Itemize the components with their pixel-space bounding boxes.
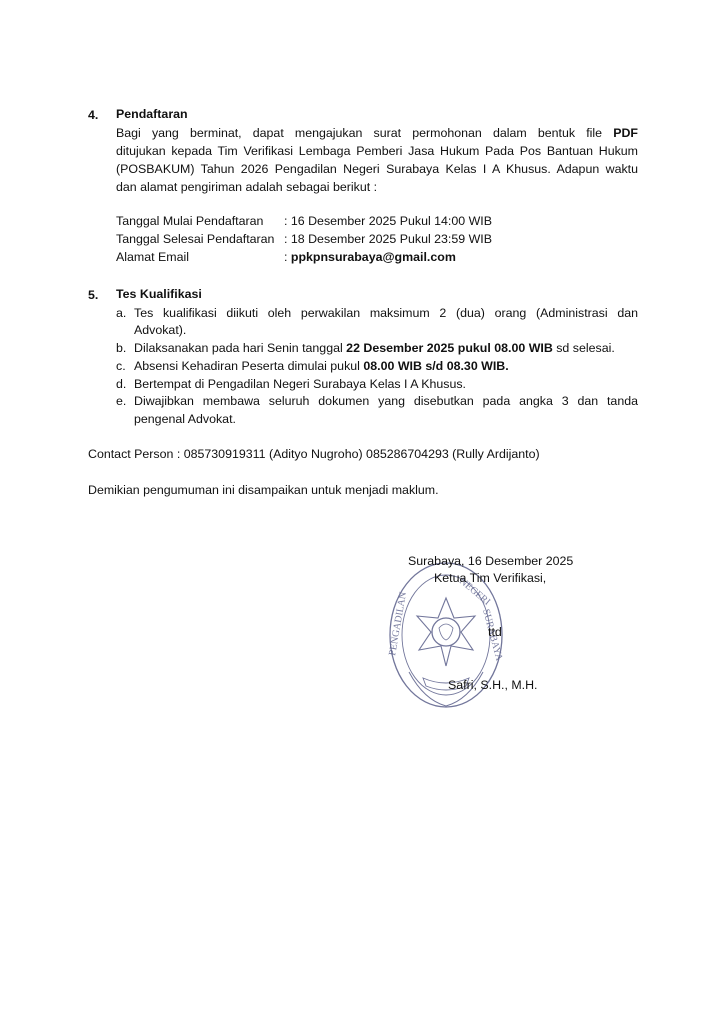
section-5-number: 5. <box>88 288 98 302</box>
item-c-text: Absensi Kehadiran Peserta dimulai pukul … <box>134 358 509 375</box>
item-b-letter: b. <box>116 340 126 357</box>
section-4-para-line-3: (POSBAKUM) Tahun 2026 Pengadilan Negeri … <box>116 161 638 178</box>
item-b-bold: 22 Desember 2025 pukul 08.00 WIB <box>346 341 553 355</box>
item-e-line-1: Diwajibkan membawa seluruh dokumen yang … <box>134 393 638 410</box>
end-date-value: : 18 Desember 2025 Pukul 23:59 WIB <box>284 231 492 248</box>
para-text: Bagi yang berminat, dapat mengajukan sur… <box>116 126 613 140</box>
section-4-para-line-4: dan alamat pengiriman adalah sebagai ber… <box>116 179 377 196</box>
email-value: : ppkpnsurabaya@gmail.com <box>284 249 456 266</box>
section-4-para-line-1: Bagi yang berminat, dapat mengajukan sur… <box>116 125 638 142</box>
signature-name: Safri, S.H., M.H. <box>448 677 538 694</box>
item-b-text: Dilaksanakan pada hari Senin tanggal 22 … <box>134 340 615 357</box>
email-address: ppkpnsurabaya@gmail.com <box>291 250 456 264</box>
section-4-number: 4. <box>88 108 98 122</box>
item-c-pre: Absensi Kehadiran Peserta dimulai pukul <box>134 359 363 373</box>
contact-person: Contact Person : 085730919311 (Adityo Nu… <box>88 446 540 463</box>
item-b-pre: Dilaksanakan pada hari Senin tanggal <box>134 341 346 355</box>
email-label: Alamat Email <box>116 249 189 266</box>
signature-place-date: Surabaya, 16 Desember 2025 <box>408 553 573 570</box>
email-colon: : <box>284 250 291 264</box>
item-c-bold: 08.00 WIB s/d 08.30 WIB. <box>363 359 508 373</box>
item-a-line-1: Tes kualifikasi diikuti oleh perwakilan … <box>134 305 638 322</box>
item-e-letter: e. <box>116 393 126 410</box>
start-date-label: Tanggal Mulai Pendaftaran <box>116 213 263 230</box>
pdf-bold: PDF <box>613 126 638 140</box>
signature-role: Ketua Tim Verifikasi, <box>434 570 546 587</box>
end-date-label: Tanggal Selesai Pendaftaran <box>116 231 274 248</box>
item-c-letter: c. <box>116 358 126 375</box>
item-d-text: Bertempat di Pengadilan Negeri Surabaya … <box>134 376 466 393</box>
item-d-letter: d. <box>116 376 126 393</box>
start-date-value: : 16 Desember 2025 Pukul 14:00 WIB <box>284 213 492 230</box>
item-a-letter: a. <box>116 305 126 322</box>
closing-statement: Demikian pengumuman ini disampaikan untu… <box>88 482 439 499</box>
section-5-title: Tes Kualifikasi <box>116 286 202 303</box>
item-a-line-2: Advokat). <box>134 322 186 339</box>
item-b-post: sd selesai. <box>553 341 615 355</box>
item-e-line-2: pengenal Advokat. <box>134 411 236 428</box>
signature-ttd: ttd <box>488 624 502 641</box>
section-4-para-line-2: ditujukan kepada Tim Verifikasi Lembaga … <box>116 143 638 160</box>
section-4-title: Pendaftaran <box>116 106 188 123</box>
document-page: 4. Pendaftaran Bagi yang berminat, dapat… <box>0 0 725 1024</box>
